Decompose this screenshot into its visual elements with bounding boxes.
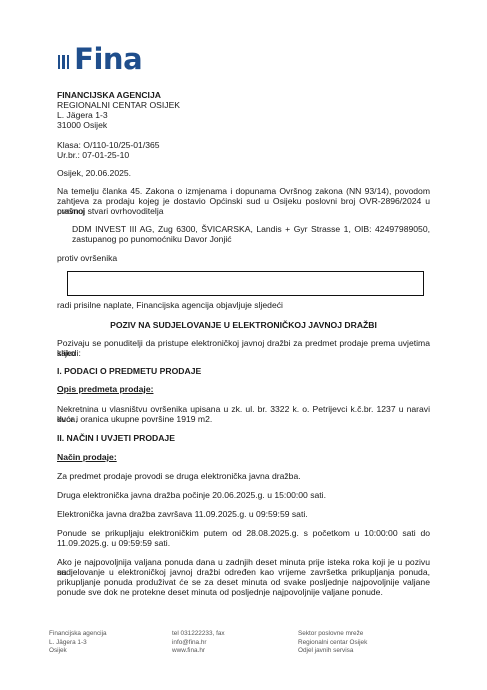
extension-rule-line: ponude sve dok ne protekne deset minuta …: [57, 587, 430, 597]
footer-text: Osijek: [49, 647, 107, 656]
place-date: Osijek, 20.06.2025.: [57, 168, 131, 178]
urbr-ref: Ur.br.: 07-01-25-10: [57, 150, 129, 160]
purpose-text: radi prisilne naplate, Financijska agenc…: [57, 300, 283, 310]
intro-line: Na temelju članka 45. Zakona o izmjenama…: [57, 186, 430, 196]
extension-rule-line: prikupljanje ponuda produživat će se za …: [57, 577, 430, 587]
fina-logo: Fina: [58, 43, 142, 75]
logo-wordmark: Fina: [74, 43, 142, 75]
fina-bars-icon: [58, 55, 69, 69]
against-label: protiv ovršenika: [57, 253, 117, 263]
sender-city: 31000 Osijek: [57, 120, 107, 130]
invite-line: slijedi:: [57, 348, 430, 358]
redacted-debtor-box: [67, 271, 424, 296]
offers-period-line: 11.09.2025.g. u 09:59:59 sati.: [57, 538, 430, 548]
creditor-line: zastupanog po punomoćniku Davor Jonjić: [72, 234, 430, 244]
footer-text: Odjel javnih servisa: [298, 647, 367, 656]
sale-method-text: Za predmet prodaje provodi se druga elek…: [57, 471, 301, 481]
creditor-line: DDM INVEST III AG, Zug 6300, ŠVICARSKA, …: [72, 224, 430, 234]
sender-street: L. Jägera 1-3: [57, 110, 108, 120]
extension-rule-line: sudjelovanje u elektroničkoj javnoj draž…: [57, 567, 430, 577]
section-1-subheading: Opis predmeta prodaje:: [57, 384, 153, 394]
footer-website-link[interactable]: www.fina.hr: [172, 647, 225, 656]
footer-email-link[interactable]: info@fina.hr: [172, 639, 225, 648]
footer-col-department: Sektor poslovne mreže Regionalni centar …: [298, 630, 367, 656]
document-title: POZIV NA SUDJELOVANJE U ELEKTRONIČKOJ JA…: [57, 320, 430, 330]
section-2-heading: II. NAČIN I UVJETI PRODAJE: [57, 433, 175, 443]
offers-period-line: Ponude se prikupljaju elektroničkim pute…: [57, 528, 430, 538]
footer-text: Regionalni centar Osijek: [298, 639, 367, 648]
section-1-heading: I. PODACI O PREDMETU PRODAJE: [57, 366, 201, 376]
section-1-line: dvor i oranica ukupne površine 1919 m2.: [57, 414, 430, 424]
intro-line: pravnoj stvari ovrhovoditelja: [57, 206, 430, 216]
footer-text: Sektor poslovne mreže: [298, 630, 367, 639]
footer-text: L. Jägera 1-3: [49, 639, 107, 648]
sender-org: FINANCIJSKA AGENCIJA: [57, 90, 161, 100]
klasa-ref: Klasa: O/110-10/25-01/365: [57, 140, 160, 150]
sender-unit: REGIONALNI CENTAR OSIJEK: [57, 100, 180, 110]
auction-end-text: Elektronička javna dražba završava 11.09…: [57, 509, 308, 519]
auction-start-text: Druga elektronička javna dražba počinje …: [57, 490, 326, 500]
footer-col-address: Financijska agencija L. Jägera 1-3 Osije…: [49, 630, 107, 656]
footer-text: Financijska agencija: [49, 630, 107, 639]
section-2-subheading: Način prodaje:: [57, 452, 117, 462]
footer-col-contact: tel 031222233, fax info@fina.hr www.fina…: [172, 630, 225, 656]
document-page: Fina FINANCIJSKA AGENCIJA REGIONALNI CEN…: [0, 0, 487, 690]
footer-phone: tel 031222233, fax: [172, 630, 225, 639]
